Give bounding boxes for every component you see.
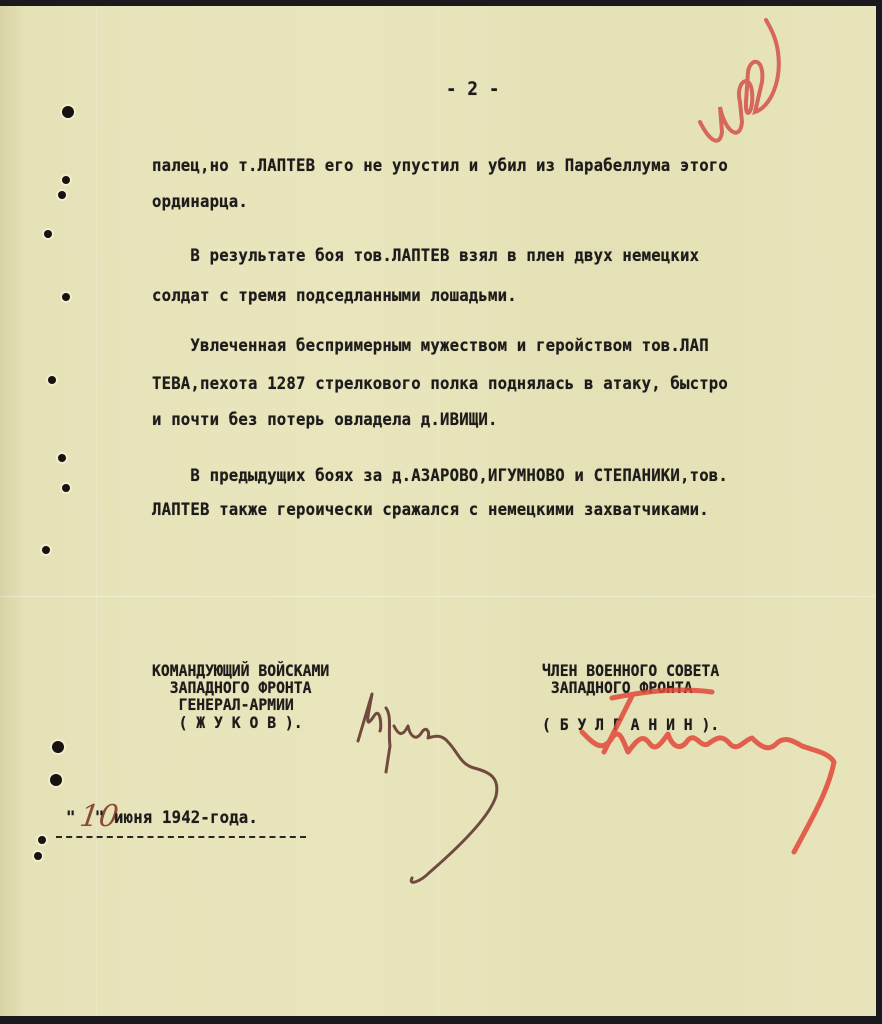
binding-hole: [62, 293, 70, 301]
binding-hole: [38, 836, 46, 844]
body-text-line: ЛАПТЕВ также героически сражался с немец…: [152, 500, 709, 520]
binding-hole: [34, 852, 42, 860]
date-underline: [56, 836, 306, 838]
body-text-line: солдат с тремя подседланными лошадьми.: [152, 286, 517, 306]
body-text-line: ТЕВА,пехота 1287 стрелкового полка подня…: [152, 374, 728, 394]
binding-hole: [62, 106, 74, 118]
binding-hole: [48, 376, 56, 384]
binding-hole: [62, 484, 70, 492]
body-text-line: палец,но т.ЛАПТЕВ его не упустил и убил …: [152, 156, 728, 176]
body-text-line: Увлеченная беспримерным мужеством и геро…: [152, 336, 709, 356]
binding-hole: [62, 176, 70, 184]
signatory-left-line: ( Ж У К О В ).: [152, 714, 303, 731]
signatory-right-line: ЧЛЕН ВОЕННОГО СОВЕТА: [542, 662, 719, 679]
paper-crease: [96, 6, 97, 1016]
binding-hole: [58, 191, 66, 199]
document-page: - 2 - палец,но т.ЛАПТЕВ его не упустил и…: [0, 6, 876, 1016]
folio-number-mark: [690, 12, 790, 152]
binding-hole: [58, 454, 66, 462]
page-number: - 2 -: [446, 78, 500, 100]
signature-bulganin: [572, 682, 852, 862]
binding-hole: [50, 774, 62, 786]
binding-hole: [52, 741, 64, 753]
body-text-line: В результате боя тов.ЛАПТЕВ взял в плен …: [152, 246, 699, 266]
body-text-line: и почти без потерь овладела д.ИВИЩИ.: [152, 410, 498, 430]
body-text-line: В предыдущих боях за д.АЗАРОВО,ИГУМНОВО …: [152, 466, 728, 486]
signatory-left-line: ЗАПАДНОГО ФРОНТА: [152, 679, 312, 696]
date-text: " " июня 1942-года.: [66, 808, 258, 828]
binding-hole: [42, 546, 50, 554]
signatory-left-line: КОМАНДУЮЩИЙ ВОЙСКАМИ: [152, 662, 329, 679]
binding-hole: [44, 230, 52, 238]
signature-zhukov: [350, 686, 530, 896]
body-text-line: ординарца.: [152, 192, 248, 212]
signatory-left-line: ГЕНЕРАЛ-АРМИИ: [152, 696, 294, 713]
